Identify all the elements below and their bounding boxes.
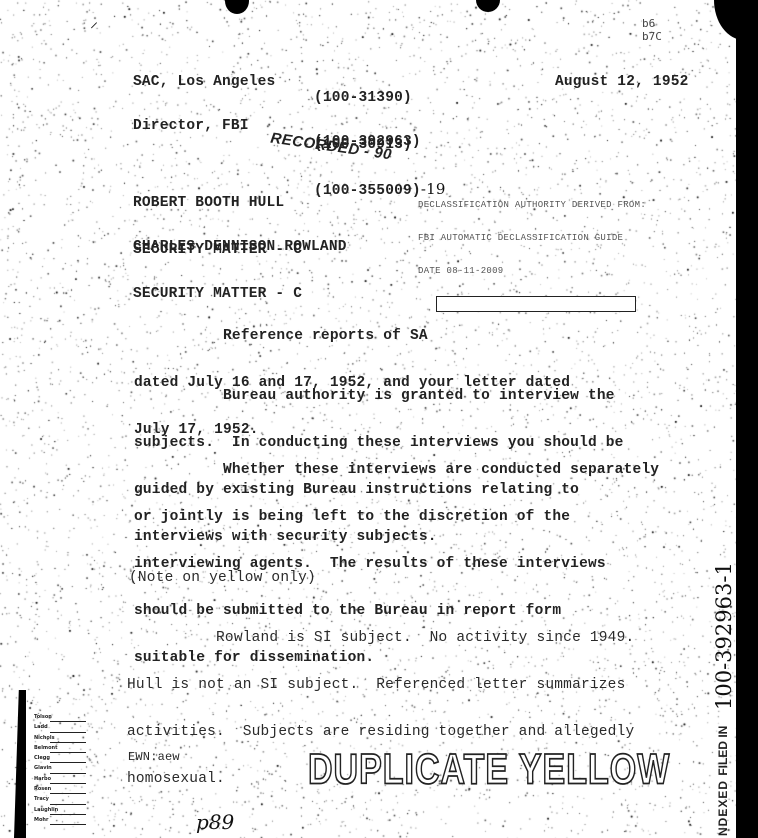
note-line: Hull is not an SI subject. Referenced le…	[127, 678, 634, 693]
exemption-b7c: b7C	[642, 30, 662, 43]
routing-name: Tracy	[34, 796, 49, 802]
page-edge-corner	[714, 0, 744, 40]
note-heading: (Note on yellow only)	[129, 570, 316, 586]
routing-name: Nichols	[34, 735, 55, 741]
exemption-b6: b6	[642, 17, 662, 30]
routing-underline	[50, 762, 86, 763]
routing-entry: Tracy	[34, 795, 86, 805]
paragraph-line: or jointly is being left to the discreti…	[134, 510, 659, 525]
routing-name: Rosen	[34, 786, 51, 792]
routing-list: TolsonLaddNicholsBelmontCleggGlavinHarbo…	[34, 713, 86, 826]
routing-entry: Clegg	[34, 754, 86, 764]
page-edge-left	[14, 690, 26, 838]
routing-entry: Ladd	[34, 723, 86, 733]
to-addressee: SAC, Los Angeles	[133, 74, 275, 90]
paragraph-line: Reference reports of SA	[134, 329, 570, 344]
handwritten-mark: ⸝	[90, 10, 98, 32]
routing-name: Glavin	[34, 765, 52, 771]
duplicate-yellow-stamp: DUPLICATE YELLOW	[308, 746, 670, 795]
subject-name: CHARLES DENNISON ROWLAND	[133, 240, 347, 255]
document-page: ⸝ b6 b7C (100-31390) (100-30913) SAC, Lo…	[0, 0, 758, 838]
from-sender: Director, FBI	[133, 118, 249, 134]
handwritten-page-note: p89	[196, 810, 234, 834]
routing-name: Mohr	[34, 817, 48, 823]
routing-underline	[50, 752, 86, 753]
routing-underline	[50, 804, 86, 805]
routing-underline	[50, 742, 86, 743]
routing-entry: Tolson	[34, 713, 86, 723]
routing-underline	[50, 773, 86, 774]
exemption-codes: b6 b7C	[642, 17, 662, 43]
routing-underline	[50, 783, 86, 784]
note-line: activities. Subjects are residing togeth…	[127, 725, 634, 740]
typist-initials: EWN:aew	[128, 750, 180, 764]
punch-hole-right	[476, 0, 500, 12]
routing-name: Belmont	[34, 745, 58, 751]
handwritten-file-number: 100-392963-1	[712, 562, 736, 710]
routing-underline	[50, 732, 86, 733]
from-file-number-text: (100-355009)	[314, 183, 421, 199]
routing-underline	[50, 824, 86, 825]
routing-name: Ladd	[34, 724, 48, 730]
declass-line: FBI AUTOMATIC DECLASSIFICATION GUIDE	[418, 233, 646, 244]
routing-entry: Laughlin	[34, 806, 86, 816]
paragraph-line: Whether these interviews are conducted s…	[134, 463, 659, 478]
routing-name: Clegg	[34, 755, 50, 761]
routing-entry: Harbo	[34, 775, 86, 785]
declass-line: DATE 08-11-2009	[418, 266, 646, 277]
routing-entry: Mohr	[34, 816, 86, 826]
routing-entry: Belmont	[34, 744, 86, 754]
paragraph-line: Bureau authority is granted to interview…	[134, 389, 624, 404]
routing-underline	[50, 793, 86, 794]
routing-name: Tolson	[34, 714, 52, 720]
routing-underline	[50, 814, 86, 815]
memo-date: August 12, 1952	[555, 74, 689, 90]
routing-underline	[50, 721, 86, 722]
routing-name: Harbo	[34, 776, 51, 782]
page-edge-right	[736, 0, 758, 838]
redaction-box	[436, 296, 636, 312]
filed-in-text: FILED IN	[716, 726, 730, 776]
routing-name: Laughlin	[34, 807, 58, 813]
routing-entry: Nichols	[34, 734, 86, 744]
routing-entry: Rosen	[34, 785, 86, 795]
declassification-stamp: DECLASSIFICATION AUTHORITY DERIVED FROM:…	[418, 178, 646, 299]
note-line: Rowland is SI subject. No activity since…	[127, 631, 634, 646]
filed-in-stamp: NDEXED FILED IN	[716, 726, 730, 836]
punch-hole-left	[225, 0, 249, 14]
routing-entry: Glavin	[34, 764, 86, 774]
declass-line: DECLASSIFICATION AUTHORITY DERIVED FROM:	[418, 200, 646, 211]
